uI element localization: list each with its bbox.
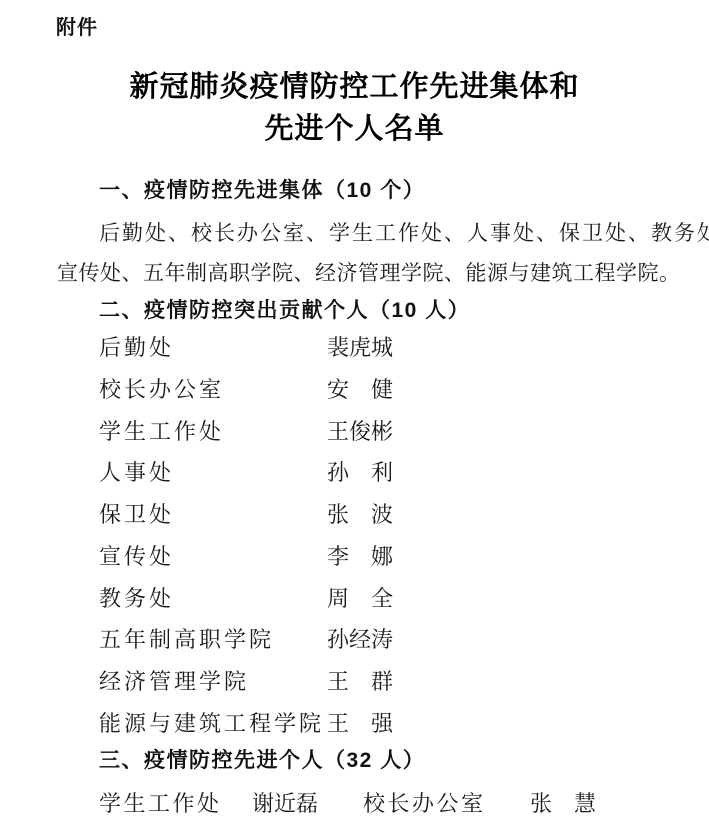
department: 能源与建筑工程学院 [99,703,327,745]
department: 校长办公室 [363,790,486,818]
attachment-label: 附件 [56,16,98,40]
document-title-line2: 先进个人名单 [0,108,709,150]
section1-body-line1: 后勤处、校长办公室、学生工作处、人事处、保卫处、教务处、 [99,220,709,246]
document-page: 附件 新冠肺炎疫情防控工作先进集体和 先进个人名单 一、疫情防控先进集体（10 … [0,0,709,835]
department: 五年制高职学院 [99,619,327,661]
list-item: 人事处孙 利 [99,452,659,494]
department: 教务处 [99,578,327,620]
list-item: 五年制高职学院孙经涛 [99,619,659,661]
department: 保卫处 [99,494,327,536]
list-item: 学生工作处王俊彬 [99,411,659,453]
person-name: 孙经涛 [327,627,393,652]
list-item: 后勤处裴虎城 [99,327,659,369]
section3-award-row: 学生工作处 谢近磊 校长办公室 张 慧 [99,790,659,818]
person-name: 王俊彬 [327,419,393,444]
person-name: 王 群 [327,669,393,694]
person-name: 李 娜 [327,544,393,569]
list-item: 宣传处李 娜 [99,536,659,578]
person-name: 周 全 [327,586,393,611]
department: 校长办公室 [99,369,327,411]
list-item: 经济管理学院王 群 [99,661,659,703]
person-name: 张 慧 [530,790,596,818]
department: 学生工作处 [99,411,327,453]
person-name: 张 波 [327,502,393,527]
department: 后勤处 [99,327,327,369]
document-title-line1: 新冠肺炎疫情防控工作先进集体和 [0,66,709,108]
section2-award-list: 后勤处裴虎城 校长办公室安 健 学生工作处王俊彬 人事处孙 利 保卫处张 波 宣… [99,327,659,745]
document-title: 新冠肺炎疫情防控工作先进集体和 先进个人名单 [0,66,709,150]
department: 学生工作处 [99,790,222,818]
person-name: 王 强 [327,711,393,736]
person-name: 孙 利 [327,460,393,485]
department: 人事处 [99,452,327,494]
person-name: 裴虎城 [327,335,393,360]
section1-heading: 一、疫情防控先进集体（10 个） [99,178,425,203]
section2-heading: 二、疫情防控突出贡献个人（10 人） [99,298,470,323]
department: 宣传处 [99,536,327,578]
list-item: 能源与建筑工程学院王 强 [99,703,659,745]
list-item: 教务处周 全 [99,578,659,620]
person-name: 安 健 [327,377,393,402]
list-item: 保卫处张 波 [99,494,659,536]
list-item: 校长办公室安 健 [99,369,659,411]
person-name: 谢近磊 [252,790,318,818]
section3-heading: 三、疫情防控先进个人（32 人） [99,748,425,773]
section1-body-line2: 宣传处、五年制高职学院、经济管理学院、能源与建筑工程学院。 [57,260,681,286]
department: 经济管理学院 [99,661,327,703]
